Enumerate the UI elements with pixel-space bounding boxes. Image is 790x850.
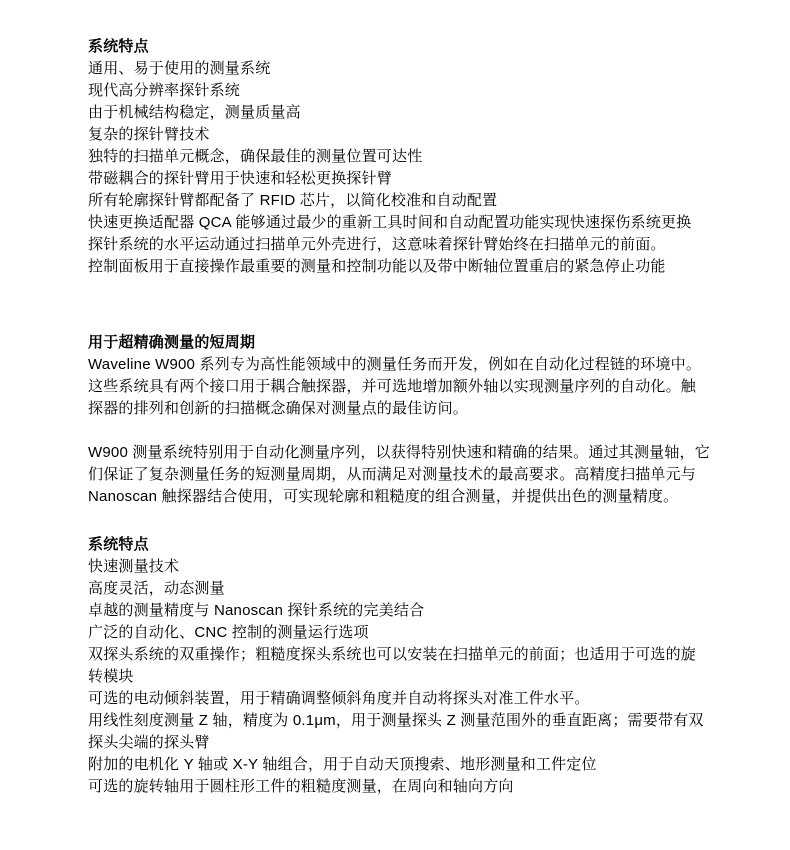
feature-line: 独特的扫描单元概念，确保最佳的测量位置可达性 xyxy=(88,146,710,168)
feature-line: 带磁耦合的探针臂用于快速和轻松更换探针臂 xyxy=(88,168,710,190)
feature-line: 双探头系统的双重操作；粗糙度探头系统也可以安装在扫描单元的前面；也适用于可选的旋… xyxy=(88,644,710,688)
feature-line: 附加的电机化 Y 轴或 X-Y 轴组合，用于自动天顶搜索、地形测量和工件定位 xyxy=(88,754,710,776)
feature-line: 可选的电动倾斜装置，用于精确调整倾斜角度并自动将探头对准工件水平。 xyxy=(88,688,710,710)
document-page: 系统特点通用、易于使用的测量系统现代高分辨率探针系统由于机械结构稳定，测量质量高… xyxy=(0,0,790,850)
feature-line: 广泛的自动化、CNC 控制的测量运行选项 xyxy=(88,622,710,644)
section-heading: 系统特点 xyxy=(88,36,710,58)
section-heading: 用于超精确测量的短周期 xyxy=(88,332,710,354)
feature-line: 可选的旋转轴用于圆柱形工件的粗糙度测量，在周向和轴向方向 xyxy=(88,776,710,798)
section-heading: 系统特点 xyxy=(88,534,710,556)
section-features-2: 系统特点快速测量技术高度灵活，动态测量卓越的测量精度与 Nanoscan 探针系… xyxy=(88,534,710,798)
feature-line: 高度灵活，动态测量 xyxy=(88,578,710,600)
feature-line: 由于机械结构稳定，测量质量高 xyxy=(88,102,710,124)
section-features-1: 系统特点通用、易于使用的测量系统现代高分辨率探针系统由于机械结构稳定，测量质量高… xyxy=(88,36,710,278)
feature-line: 用线性刻度测量 Z 轴，精度为 0.1μm，用于测量探头 Z 测量范围外的垂直距… xyxy=(88,710,710,754)
feature-line: 探针系统的水平运动通过扫描单元外壳进行，这意味着探针臂始终在扫描单元的前面。 xyxy=(88,234,710,256)
body-paragraph: Waveline W900 系列专为高性能领域中的测量任务而开发，例如在自动化过… xyxy=(88,354,710,420)
feature-line: 所有轮廓探针臂都配备了 RFID 芯片，以简化校准和自动配置 xyxy=(88,190,710,212)
feature-line: 复杂的探针臂技术 xyxy=(88,124,710,146)
feature-line: 控制面板用于直接操作最重要的测量和控制功能以及带中断轴位置重启的紧急停止功能 xyxy=(88,256,710,278)
feature-line: 现代高分辨率探针系统 xyxy=(88,80,710,102)
body-paragraph: W900 测量系统特别用于自动化测量序列，以获得特别快速和精确的结果。通过其测量… xyxy=(88,442,710,508)
document-content: 系统特点通用、易于使用的测量系统现代高分辨率探针系统由于机械结构稳定，测量质量高… xyxy=(88,36,710,798)
feature-line: 快速更换适配器 QCA 能够通过最少的重新工具时间和自动配置功能实现快速探伤系统… xyxy=(88,212,710,234)
feature-line: 卓越的测量精度与 Nanoscan 探针系统的完美结合 xyxy=(88,600,710,622)
feature-line: 通用、易于使用的测量系统 xyxy=(88,58,710,80)
section-short-cycles: 用于超精确测量的短周期Waveline W900 系列专为高性能领域中的测量任务… xyxy=(88,332,710,508)
feature-line: 快速测量技术 xyxy=(88,556,710,578)
